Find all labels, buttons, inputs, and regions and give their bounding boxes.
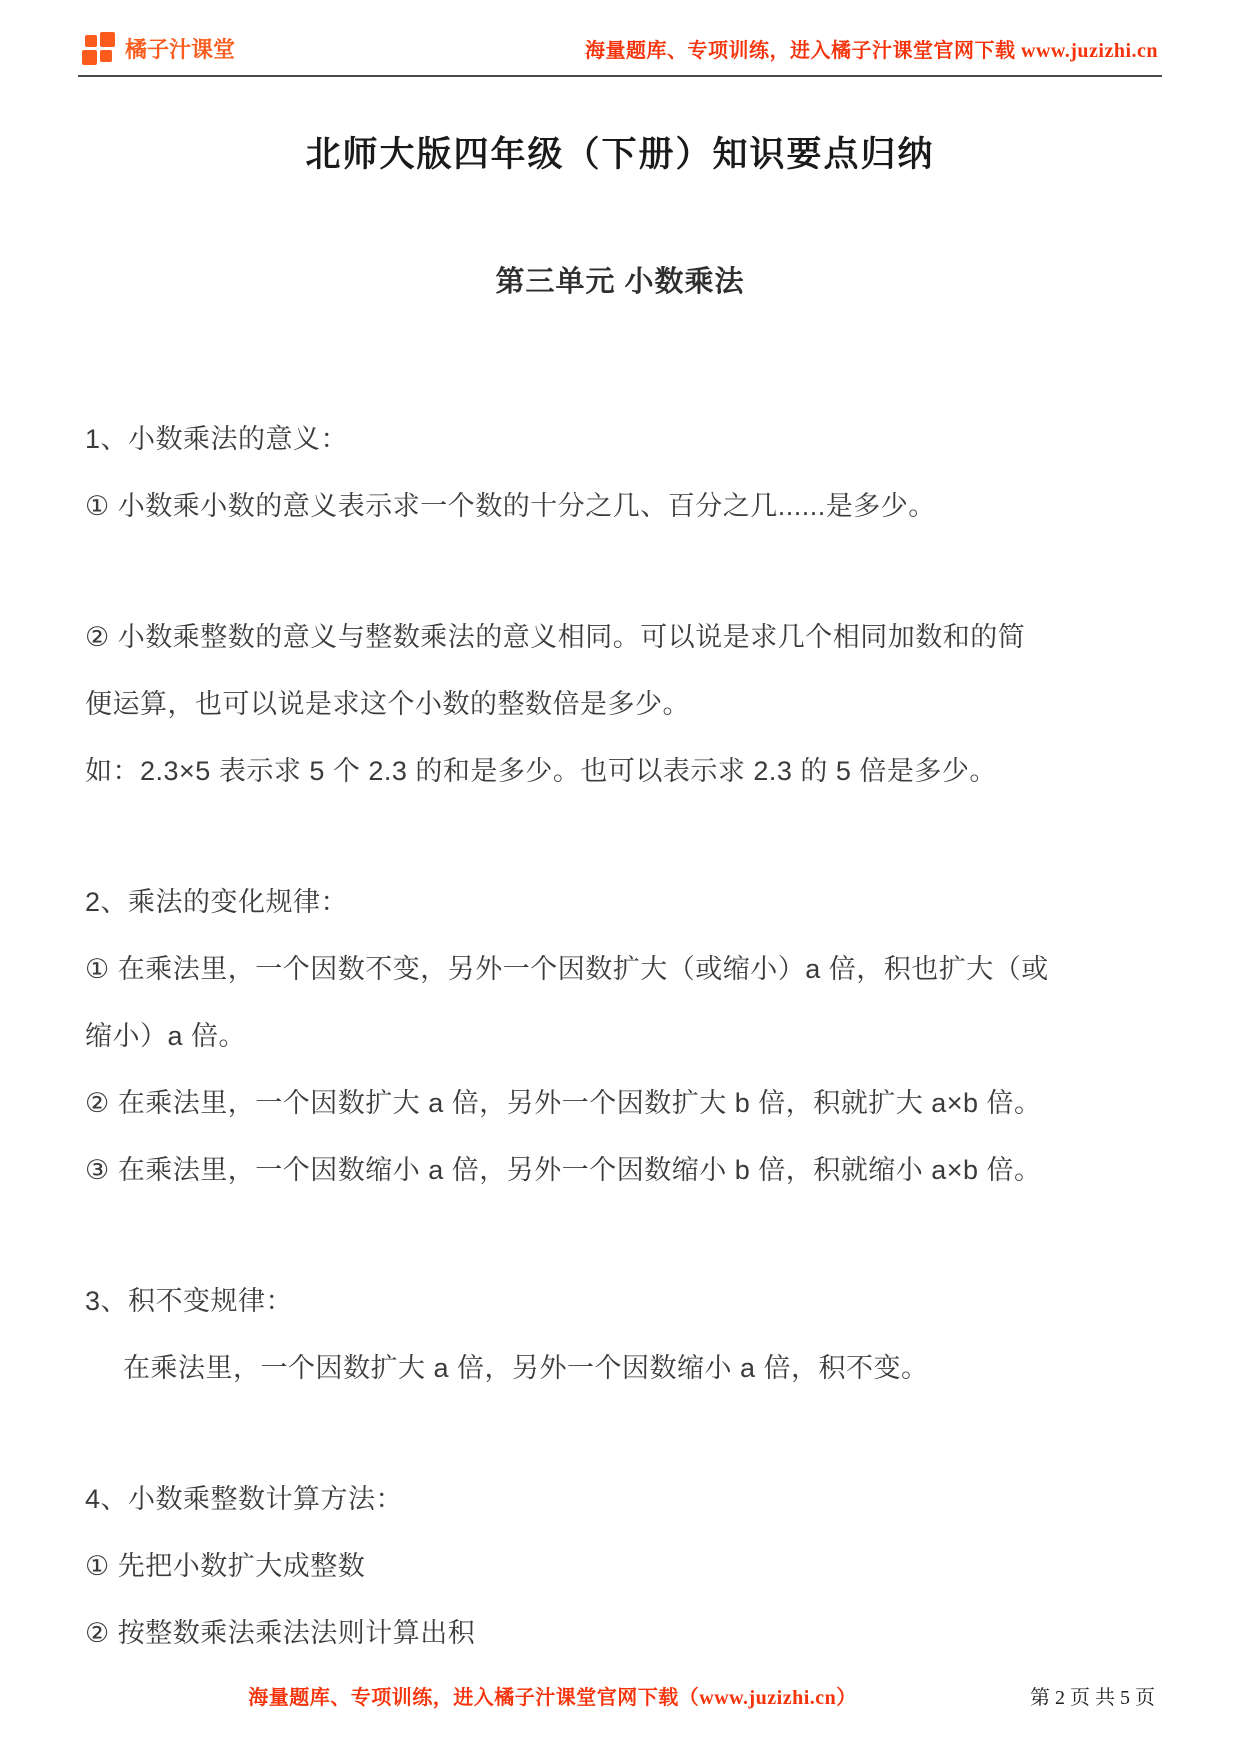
body-line: 便运算，也可以说是求这个小数的整数倍是多少。 bbox=[85, 671, 1155, 738]
body-line: 在乘法里，一个因数扩大 a 倍，另外一个因数缩小 a 倍，积不变。 bbox=[85, 1335, 1155, 1402]
page-number: 第 2 页 共 5 页 bbox=[1030, 1681, 1155, 1710]
body-line: ① 小数乘小数的意义表示求一个数的十分之几、百分之几......是多少。 bbox=[85, 473, 1155, 540]
body-line: ② 在乘法里，一个因数扩大 a 倍，另外一个因数扩大 b 倍，积就扩大 a×b … bbox=[85, 1070, 1155, 1137]
body-line: ② 小数乘整数的意义与整数乘法的意义相同。可以说是求几个相同加数和的简 bbox=[85, 604, 1155, 671]
header-tagline: 海量题库、专项训练，进入橘子汁课堂官网下载 www.juzizhi.cn bbox=[585, 34, 1158, 63]
footer-tagline: 海量题库、专项训练，进入橘子汁课堂官网下载（www.juzizhi.cn） bbox=[85, 1681, 1020, 1710]
body-line: 缩小）a 倍。 bbox=[85, 1003, 1155, 1070]
body-line: ② 按整数乘法乘法法则计算出积 bbox=[85, 1600, 1155, 1667]
document-title: 北师大版四年级（下册）知识要点归纳 bbox=[80, 127, 1160, 177]
body-line: 2、乘法的变化规律： bbox=[85, 869, 1155, 936]
page-header: 橘子汁课堂 海量题库、专项训练，进入橘子汁课堂官网下载 www.juzizhi.… bbox=[78, 0, 1162, 77]
body-line: 1、小数乘法的意义： bbox=[85, 406, 1155, 473]
brand-logo: 橘子汁课堂 bbox=[82, 32, 235, 65]
body-line: 3、积不变规律： bbox=[85, 1268, 1155, 1335]
body-line: ① 在乘法里，一个因数不变，另外一个因数扩大（或缩小）a 倍，积也扩大（或 bbox=[85, 936, 1155, 1003]
logo-squares-icon bbox=[82, 32, 116, 65]
body-line: ① 先把小数扩大成整数 bbox=[85, 1533, 1155, 1600]
body-line: ③ 在乘法里，一个因数缩小 a 倍，另外一个因数缩小 b 倍，积就缩小 a×b … bbox=[85, 1137, 1155, 1204]
document-page: 橘子汁课堂 海量题库、专项训练，进入橘子汁课堂官网下载 www.juzizhi.… bbox=[0, 0, 1240, 1754]
body-line: 如：2.3×5 表示求 5 个 2.3 的和是多少。也可以表示求 2.3 的 5… bbox=[85, 738, 1155, 805]
page-footer: 海量题库、专项训练，进入橘子汁课堂官网下载（www.juzizhi.cn） 第 … bbox=[85, 1681, 1155, 1710]
logo-text: 橘子汁课堂 bbox=[125, 33, 235, 64]
document-body: 1、小数乘法的意义：① 小数乘小数的意义表示求一个数的十分之几、百分之几....… bbox=[85, 406, 1155, 1667]
section-title: 第三单元 小数乘法 bbox=[80, 259, 1160, 300]
body-line: 4、小数乘整数计算方法： bbox=[85, 1466, 1155, 1533]
